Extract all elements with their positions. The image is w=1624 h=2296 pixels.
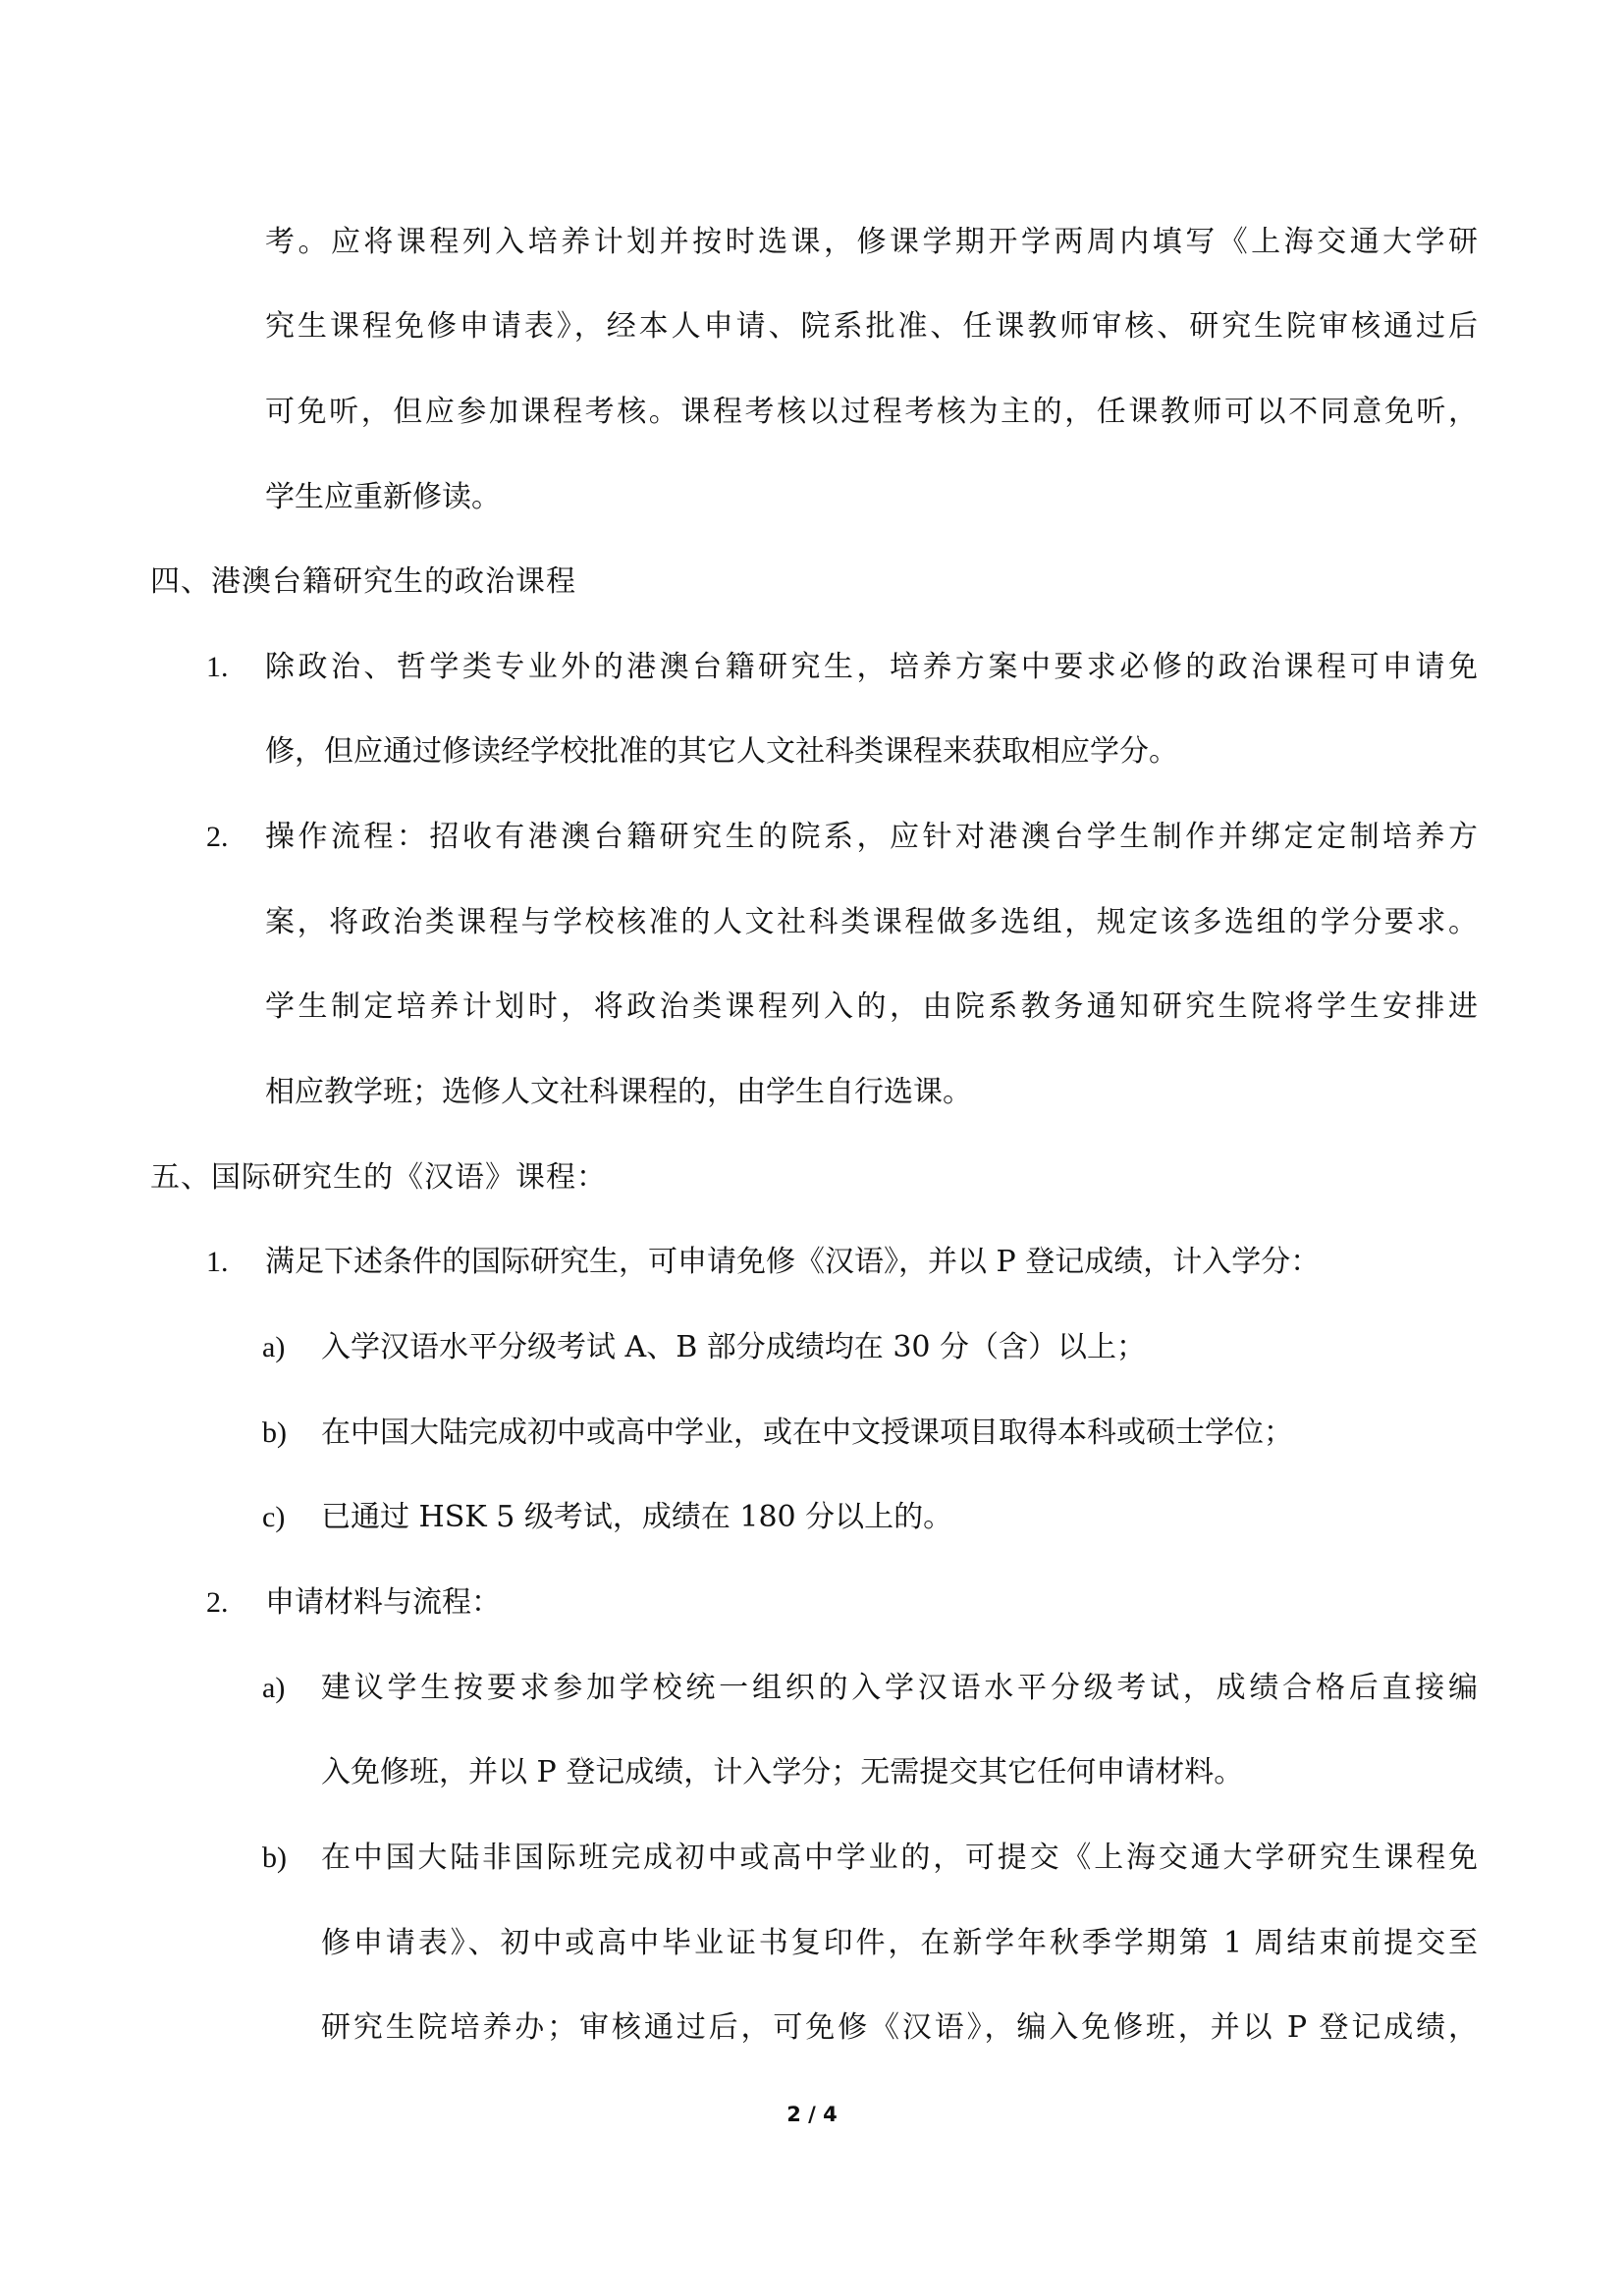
paragraph-line: 考。应将课程列入培养计划并按时选课，修课学期开学两周内填写《上海交通大学研	[265, 221, 1478, 264]
sub-list-item-line: 已通过 HSK 5 级考试，成绩在 180 分以上的。	[321, 1496, 952, 1539]
list-item-line: 案，将政治类课程与学校核准的人文社科类课程做多选组，规定该多选组的学分要求。	[265, 901, 1478, 944]
sub-list-marker: c)	[262, 1496, 285, 1539]
list-marker: 1.	[206, 1241, 229, 1284]
section-heading: 五、国际研究生的《汉语》课程：	[150, 1156, 607, 1200]
list-item-line: 满足下述条件的国际研究生，可申请免修《汉语》，并以 P 登记成绩，计入学分：	[265, 1241, 1320, 1284]
page-number: 2 / 4	[0, 2103, 1624, 2126]
sub-list-item-line: 研究生院培养办；审核通过后，可免修《汉语》，编入免修班，并以 P 登记成绩，	[321, 2006, 1478, 2050]
paragraph-line: 可免听，但应参加课程考核。课程考核以过程考核为主的，任课教师可以不同意免听，	[265, 391, 1478, 434]
list-marker: 2.	[206, 816, 229, 859]
sub-list-item-line: 在中国大陆完成初中或高中学业，或在中文授课项目取得本科或硕士学位；	[321, 1412, 1293, 1455]
list-marker: 1.	[206, 646, 229, 689]
document-page: 考。应将课程列入培养计划并按时选课，修课学期开学两周内填写《上海交通大学研 究生…	[0, 0, 1624, 2296]
paragraph-line: 究生课程免修申请表》，经本人申请、院系批准、任课教师审核、研究生院审核通过后	[265, 305, 1478, 348]
sub-list-marker: b)	[262, 1837, 287, 1880]
list-item-line: 操作流程：招收有港澳台籍研究生的院系，应针对港澳台学生制作并绑定定制培养方	[265, 816, 1478, 859]
list-item-line: 相应教学班；选修人文社科课程的，由学生自行选课。	[265, 1071, 972, 1114]
sub-list-item-line: 入学汉语水平分级考试 A、B 部分成绩均在 30 分（含）以上；	[321, 1326, 1146, 1369]
list-item-line: 学生制定培养计划时，将政治类课程列入的，由院系教务通知研究生院将学生安排进	[265, 986, 1478, 1029]
list-item-line: 除政治、哲学类专业外的港澳台籍研究生，培养方案中要求必修的政治课程可申请免	[265, 646, 1478, 689]
sub-list-marker: a)	[262, 1326, 285, 1369]
list-marker: 2.	[206, 1581, 229, 1625]
list-item-line: 申请材料与流程：	[265, 1581, 501, 1625]
section-heading: 四、港澳台籍研究生的政治课程	[150, 561, 576, 604]
sub-list-marker: b)	[262, 1412, 287, 1455]
paragraph-line: 学生应重新修读。	[265, 476, 501, 519]
sub-list-marker: a)	[262, 1667, 285, 1710]
sub-list-item-line: 在中国大陆非国际班完成初中或高中学业的，可提交《上海交通大学研究生课程免	[321, 1837, 1478, 1880]
sub-list-item-line: 修申请表》、初中或高中毕业证书复印件，在新学年秋季学期第 1 周结束前提交至	[321, 1922, 1478, 1965]
sub-list-item-line: 建议学生按要求参加学校统一组织的入学汉语水平分级考试，成绩合格后直接编	[321, 1667, 1478, 1710]
list-item-line: 修，但应通过修读经学校批准的其它人文社科类课程来获取相应学分。	[265, 730, 1178, 774]
sub-list-item-line: 入免修班，并以 P 登记成绩，计入学分；无需提交其它任何申请材料。	[321, 1751, 1243, 1794]
